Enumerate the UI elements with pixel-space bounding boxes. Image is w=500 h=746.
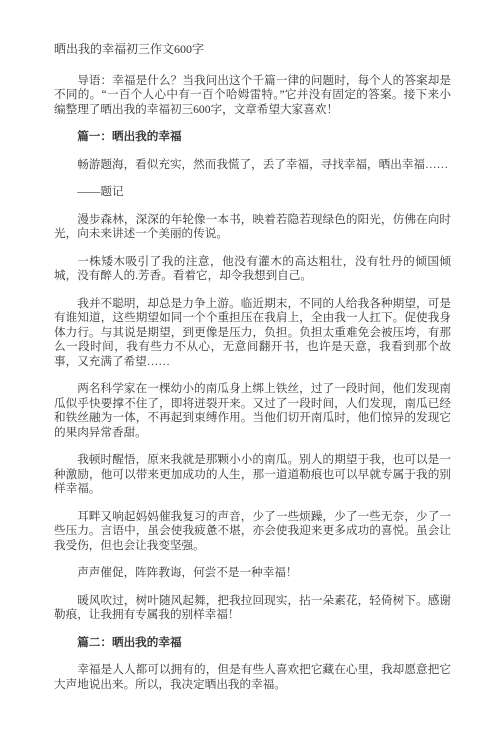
document-body: 导语：幸福是什么？当我问出这个千篇一律的问题时，每个人的答案却是不同的。“一百个… bbox=[54, 74, 451, 693]
paragraph: 声声催促，阵阵教诲，何尝不是一种幸福！ bbox=[54, 566, 451, 581]
paragraph: 一株矮木吸引了我的注意，他没有灌木的高达粗壮，没有牡丹的倾国倾 城，没有醉人的.… bbox=[54, 255, 451, 284]
paragraph: 耳畔又响起妈妈催我复习的声音，少了一些烦躁，少了一些无奈，少了一 些压力。言语中… bbox=[54, 510, 451, 554]
paragraph: 幸福是人人都可以拥有的，但是有些人喜欢把它藏在心里，我却愿意把它 大声地说出来。… bbox=[54, 663, 451, 692]
paragraph: 两名科学家在一棵幼小的南瓜身上绑上铁丝，过了一段时间，他们发现南 瓜似乎快要撑不… bbox=[54, 382, 451, 440]
paragraph: 我并不聪明，却总是力争上游。临近期末，不同的人给我各种期望，可是 有谁知道，这些… bbox=[54, 297, 451, 370]
paragraph: 畅游题海，看似充实，然而我慌了，丢了幸福，寻找幸福，晒出幸福…… bbox=[54, 158, 451, 173]
document-page: 晒出我的幸福初三作文600字 导语：幸福是什么？当我问出这个千篇一律的问题时，每… bbox=[0, 0, 500, 746]
section-heading: 篇二：晒出我的幸福 bbox=[54, 636, 451, 651]
paragraph: 导语：幸福是什么？当我问出这个千篇一律的问题时，每个人的答案却是不同的。“一百个… bbox=[54, 74, 451, 118]
document-title: 晒出我的幸福初三作文600字 bbox=[54, 42, 451, 57]
section-heading: 篇一：晒出我的幸福 bbox=[54, 130, 451, 145]
paragraph: 漫步森林，深深的年轮像一本书，映着若隐若现绿色的阳光，仿佛在向时 光，向未来讲述… bbox=[54, 213, 451, 242]
paragraph: ——题记 bbox=[54, 185, 451, 200]
paragraph: 我顿时醒悟，原来我就是那颗小小的南瓜。别人的期望于我，也可以是一 种激励，他可以… bbox=[54, 453, 451, 497]
paragraph: 暖风吹过，树叶随风起舞，把我拉回现实，拈一朵素花，轻倚树下。感谢 勒痕，让我拥有… bbox=[54, 594, 451, 623]
